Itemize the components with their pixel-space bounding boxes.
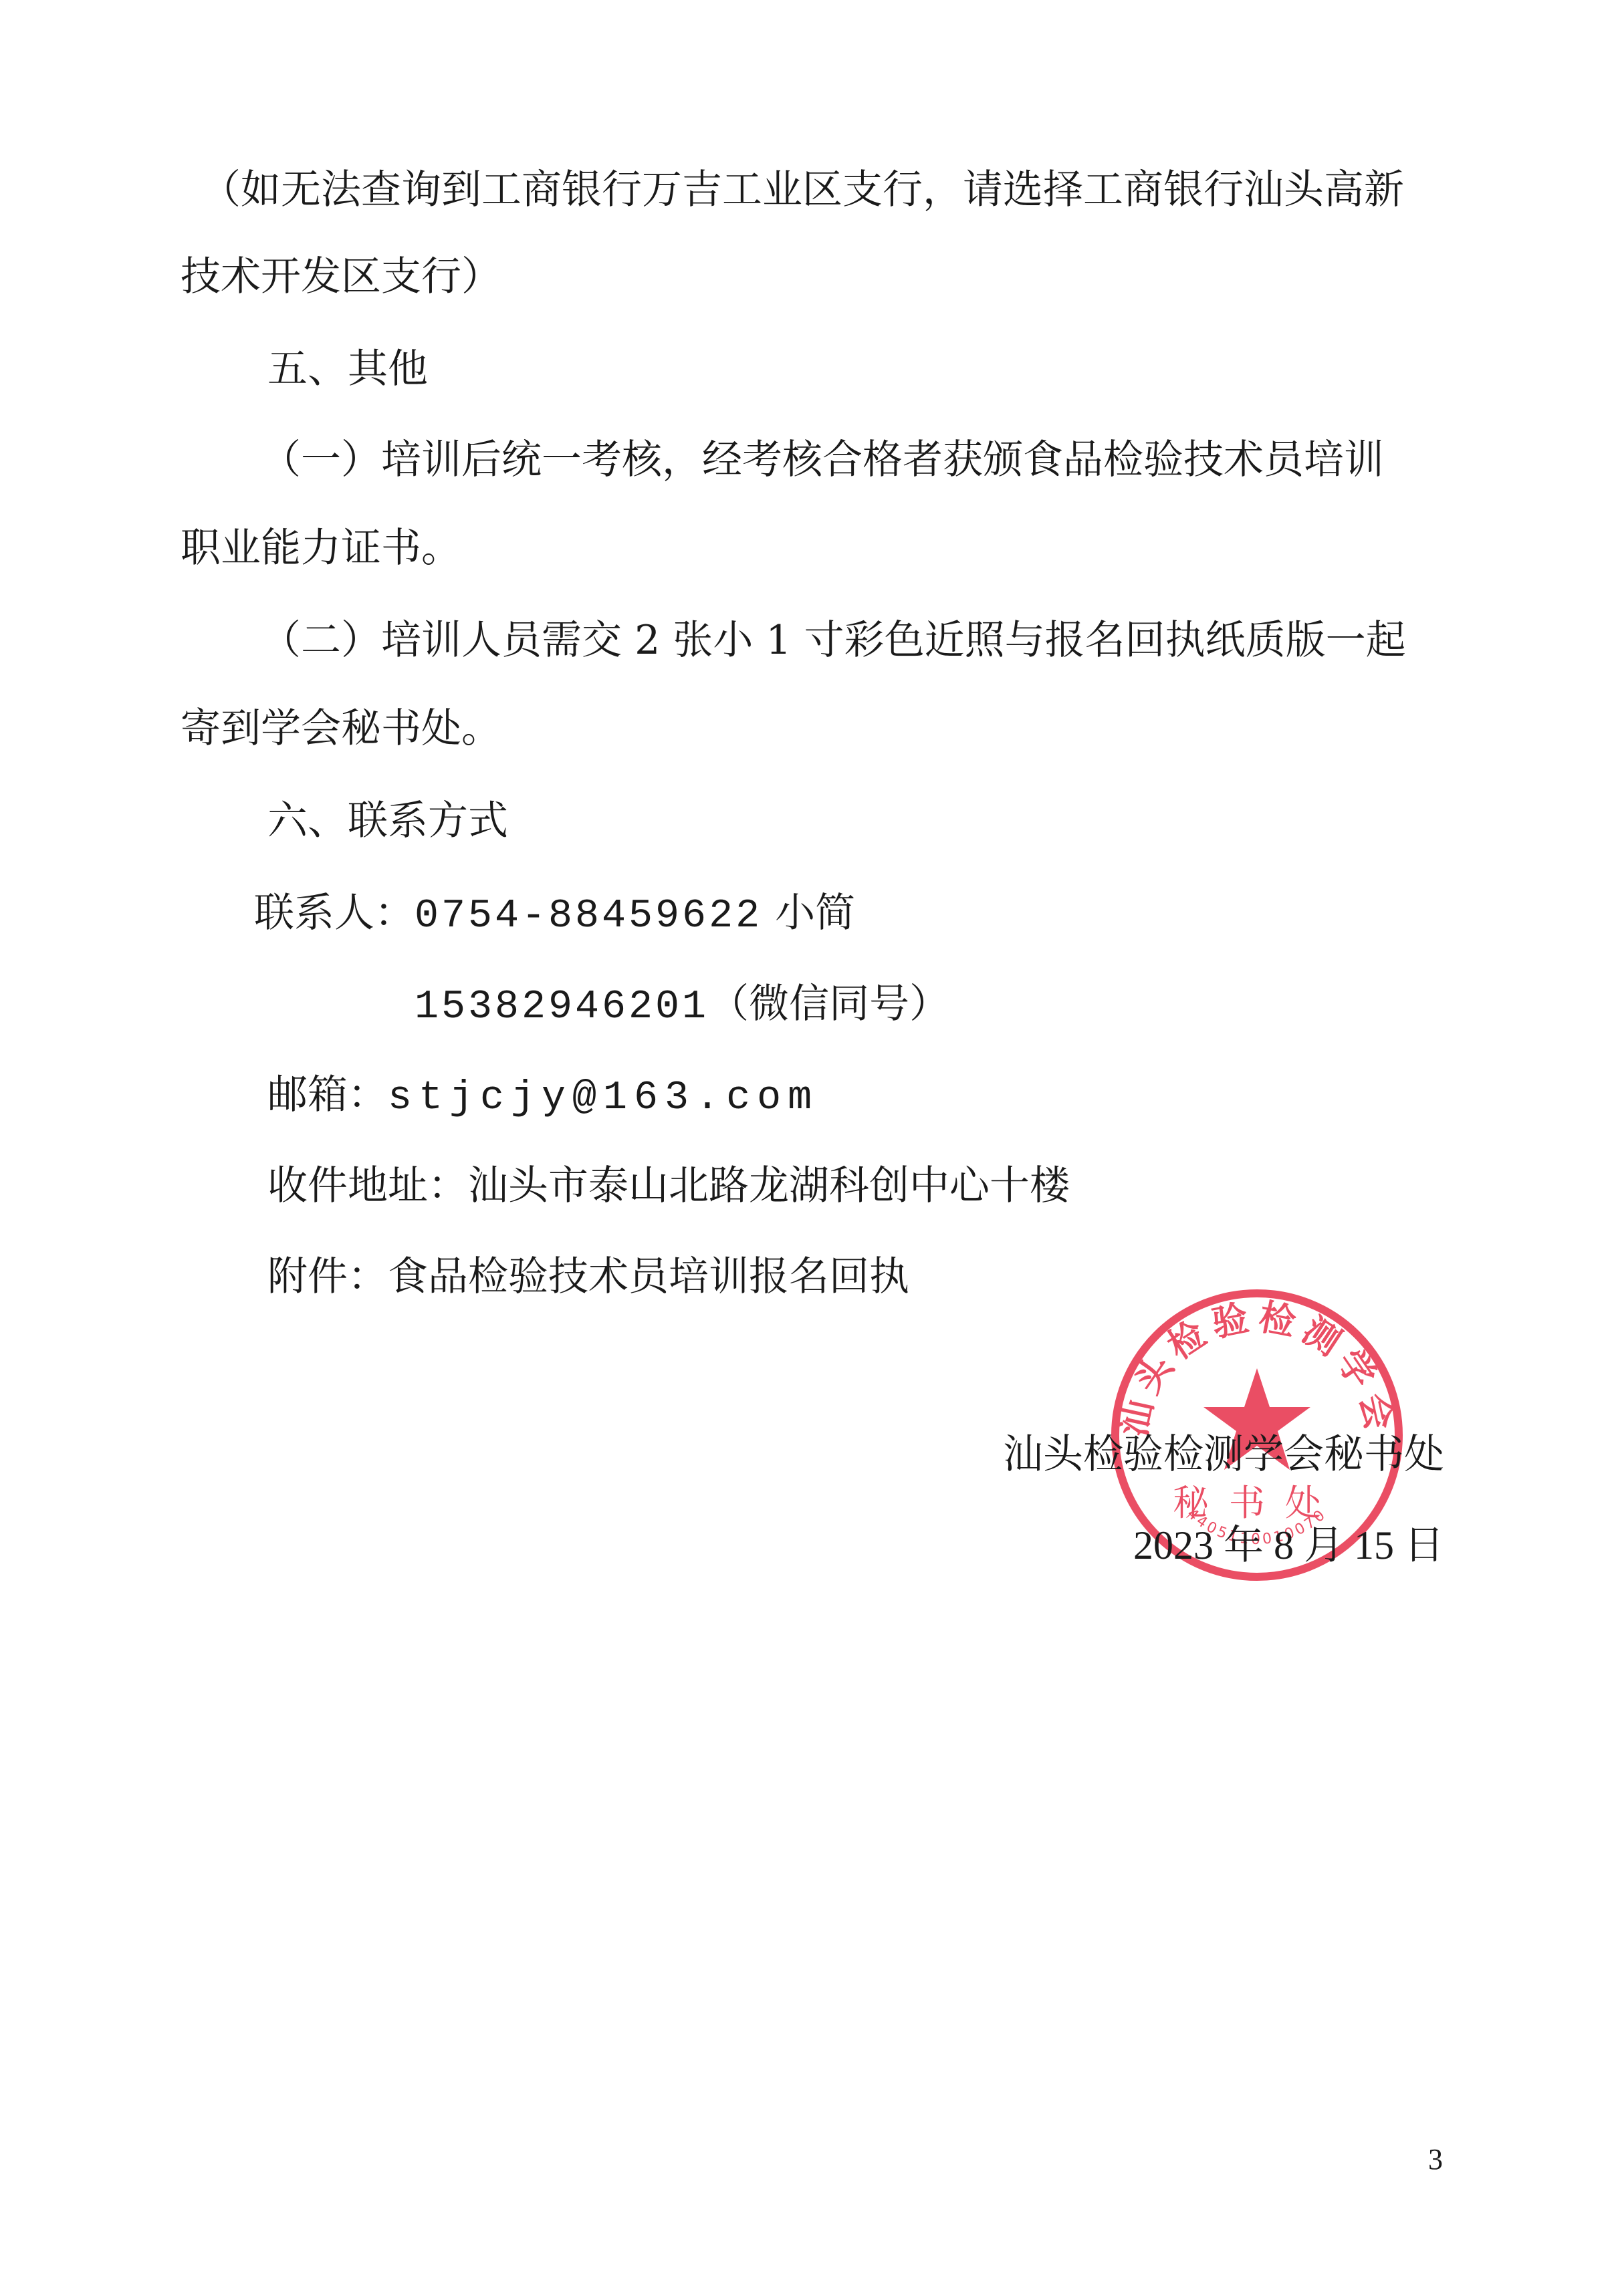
contact-mobile-note: （微信同号）	[709, 981, 949, 1027]
contact-mobile-row: 15382946201（微信同号）	[415, 979, 949, 1033]
item-1-line-2: 职业能力证书。	[181, 523, 461, 573]
address-row: 收件地址：汕头市泰山北路龙湖科创中心十楼	[267, 1160, 1070, 1211]
address-label: 收件地址：	[267, 1162, 468, 1209]
item-2-line-2: 寄到学会秘书处。	[181, 703, 501, 754]
section-heading-other: 五、其他	[267, 344, 428, 394]
contact-email-row: 邮箱：stjcjy@163.com	[267, 1069, 818, 1124]
attachment-label: 附件：	[267, 1253, 388, 1300]
contact-phone: 0754-88459622	[415, 894, 762, 939]
contact-name: 小简	[775, 890, 855, 936]
attachment-value: 食品检验技术员培训报名回执	[388, 1253, 909, 1300]
contact-person-label: 联系人：	[254, 890, 415, 936]
address-value: 汕头市泰山北路龙湖科创中心十楼	[468, 1162, 1070, 1209]
contact-person-row: 联系人：0754-88459622 小简	[254, 888, 855, 942]
contact-mobile: 15382946201	[415, 985, 709, 1030]
item-1-line-1: （一）培训后统一考核，经考核合格者获颁食品检验技术员培训	[261, 434, 1384, 485]
svg-text:秘书处: 秘书处	[1173, 1482, 1341, 1524]
bank-note-line-2: 技术开发区支行）	[181, 251, 501, 302]
attachment-row: 附件：食品检验技术员培训报名回执	[267, 1251, 909, 1302]
signature-organization: 汕头检验检测学会秘书处	[1003, 1429, 1444, 1480]
page-number: 3	[1428, 2142, 1443, 2176]
section-heading-contact: 六、联系方式	[267, 795, 508, 846]
svg-text:汕头检验检测学会: 汕头检验检测学会	[1112, 1295, 1402, 1440]
signature-date: 2023 年 8 月 15 日	[1133, 1520, 1444, 1571]
email-label: 邮箱：	[267, 1071, 388, 1118]
item-2-line-1: （二）培训人员需交 2 张小 1 寸彩色近照与报名回执纸质版一起	[261, 615, 1406, 666]
bank-note-line-1: （如无法查询到工商银行万吉工业区支行，请选择工商银行汕头高新	[201, 164, 1404, 215]
email-address: stjcjy@163.com	[388, 1075, 818, 1121]
